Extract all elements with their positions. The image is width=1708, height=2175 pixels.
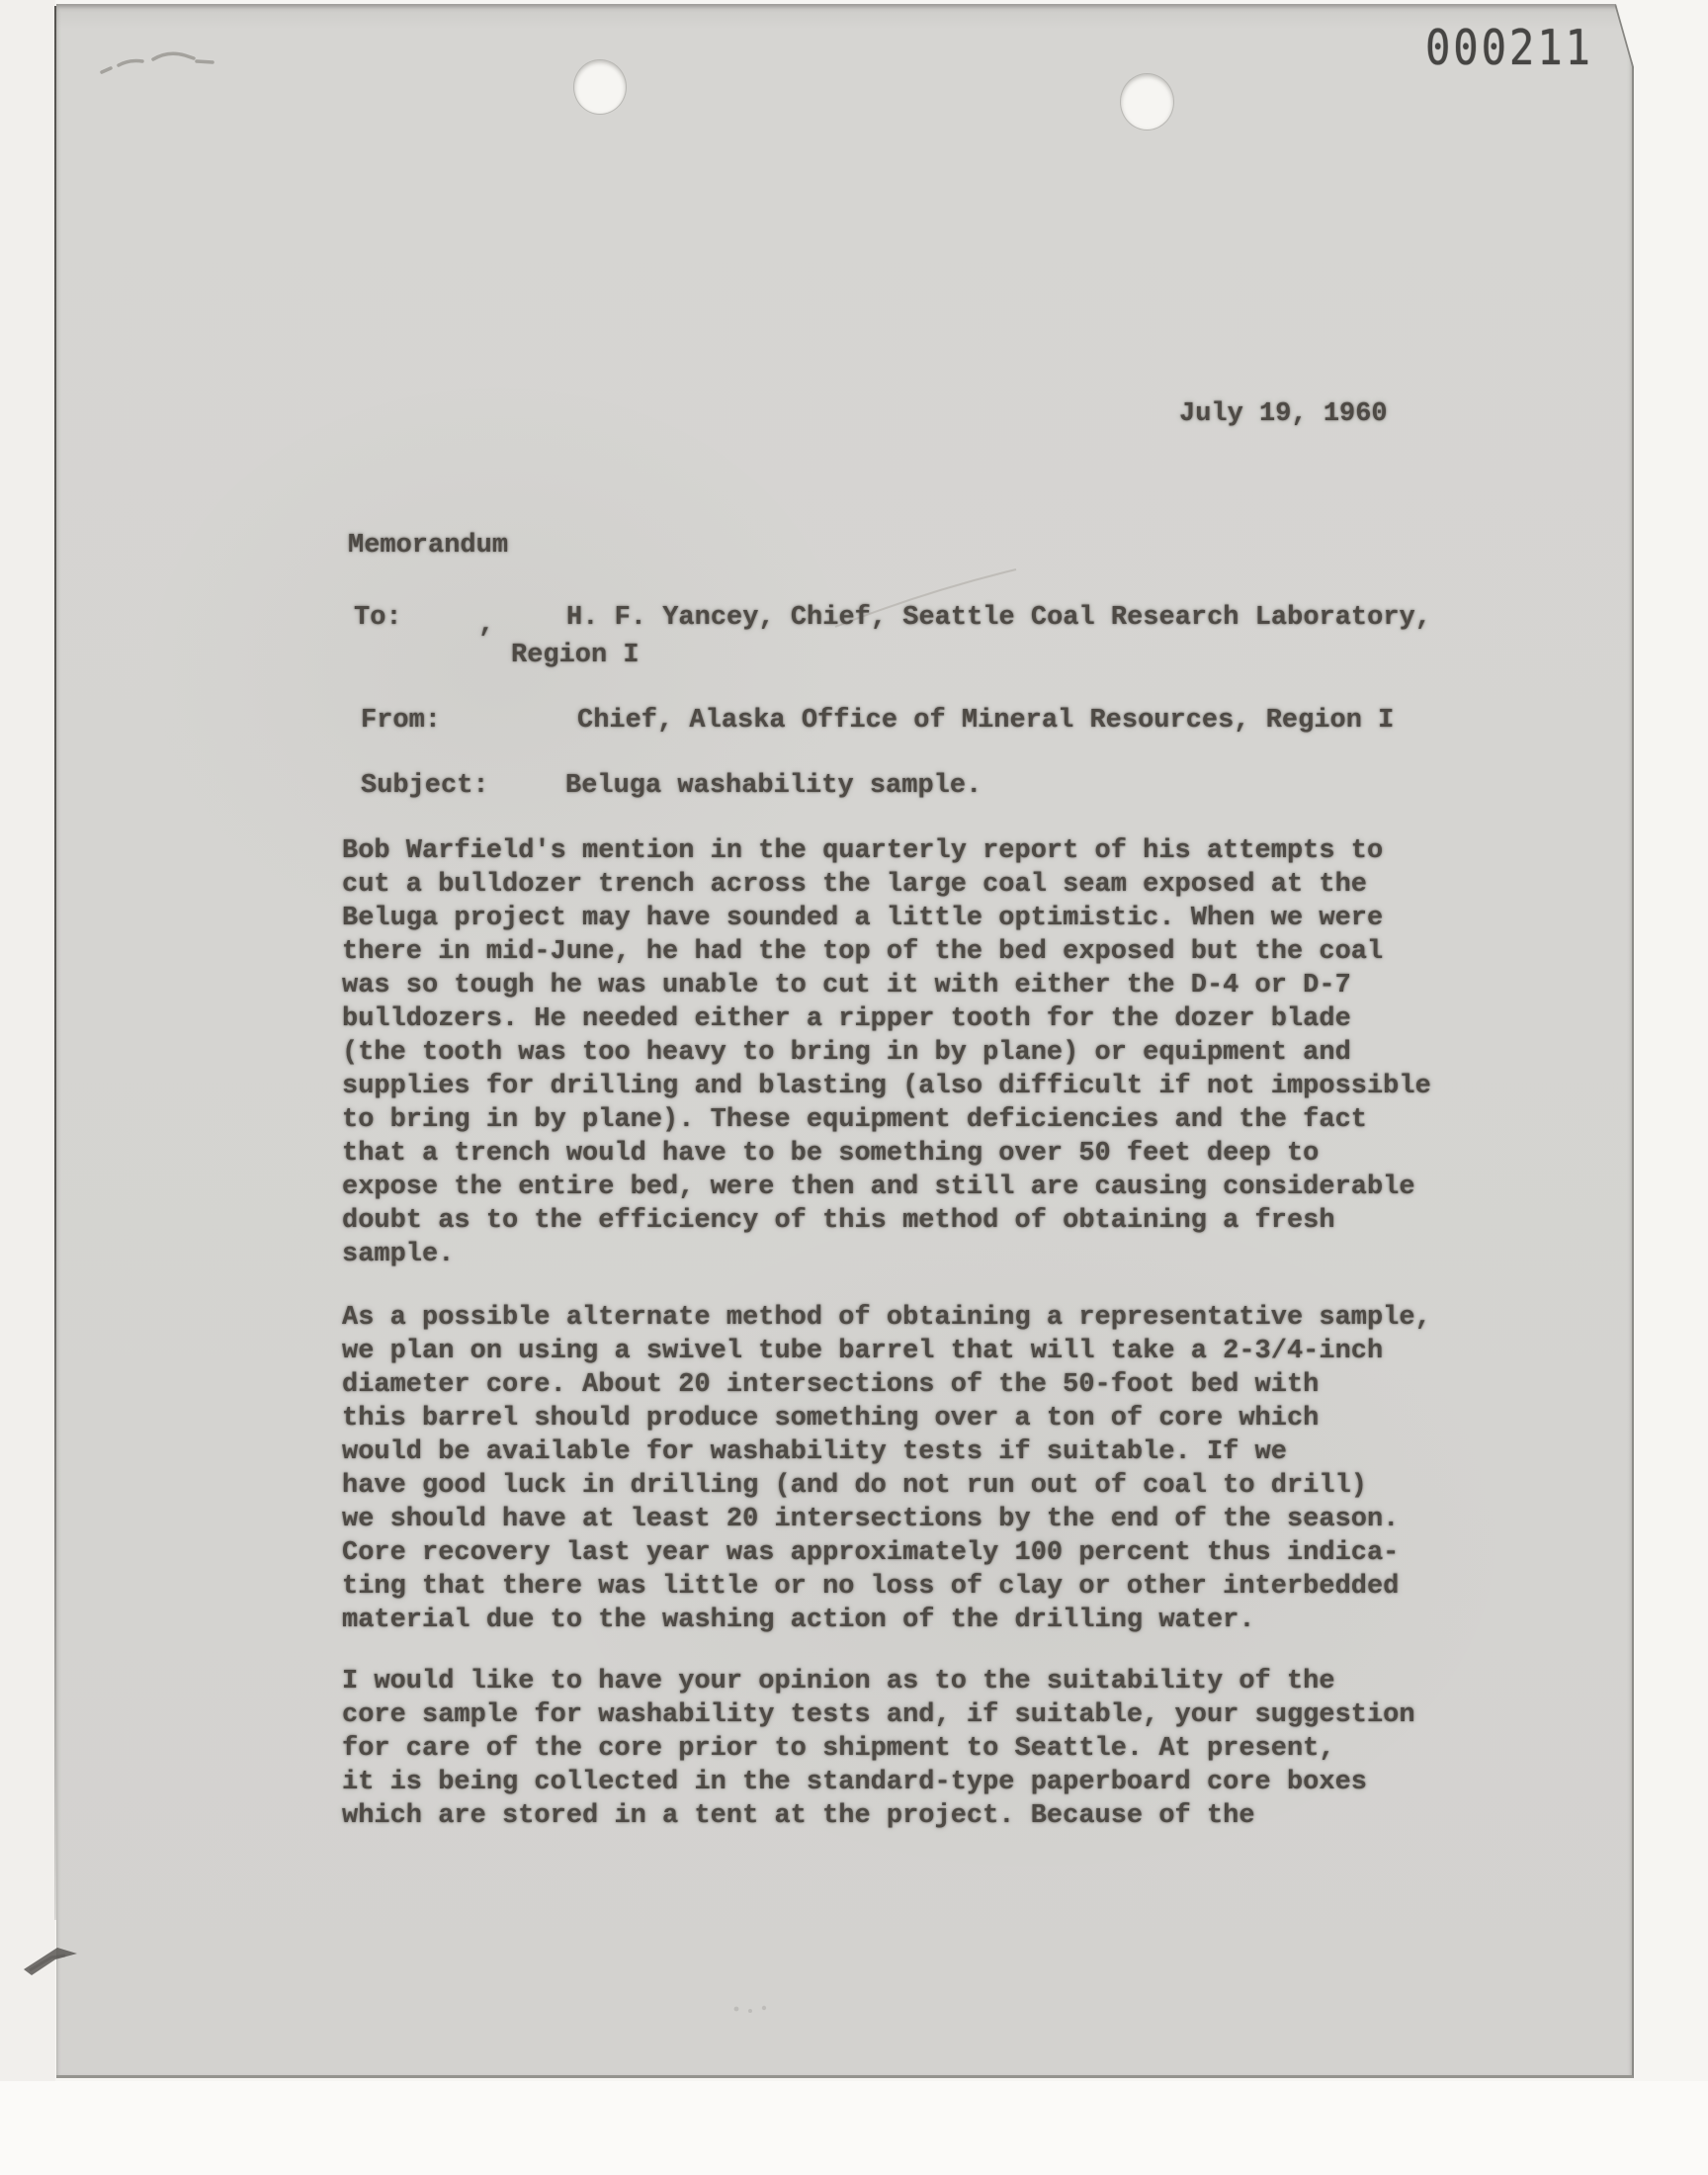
from-label: From: [361, 704, 441, 738]
body-paragraph-2: As a possible alternate method of obtain… [342, 1301, 1548, 1637]
memo-title: Memorandum [348, 529, 508, 563]
ink-smudge-bottom-left [22, 1940, 85, 1983]
to-label: To: [354, 601, 402, 635]
stray-comma-mark: , [478, 608, 494, 642]
paper-left-edge-line [54, 6, 56, 1920]
memo-date: July 19, 1960 [1179, 397, 1388, 431]
archive-stamp-number: 000211 [1425, 20, 1593, 76]
to-value-line-2: Region I [511, 639, 640, 672]
to-value-line-1: H. F. Yancey, Chief, Seattle Coal Resear… [566, 601, 1431, 635]
corner-fold-edge [1616, 5, 1634, 68]
pencil-scribble-top-left [102, 53, 213, 72]
memo-page: 000211 July 19, 1960 [56, 4, 1634, 2078]
faint-specks-bottom [734, 2006, 767, 2013]
scanned-document-canvas: 000211 July 19, 1960 [0, 0, 1708, 2175]
subject-label: Subject: [361, 769, 489, 803]
punch-hole-left [574, 60, 626, 114]
from-value: Chief, Alaska Office of Mineral Resource… [577, 704, 1394, 738]
body-paragraph-3: I would like to have your opinion as to … [342, 1665, 1548, 1833]
body-paragraph-1: Bob Warfield's mention in the quarterly … [342, 834, 1548, 1271]
subject-value: Beluga washability sample. [565, 769, 982, 803]
punch-hole-right [1121, 74, 1173, 130]
